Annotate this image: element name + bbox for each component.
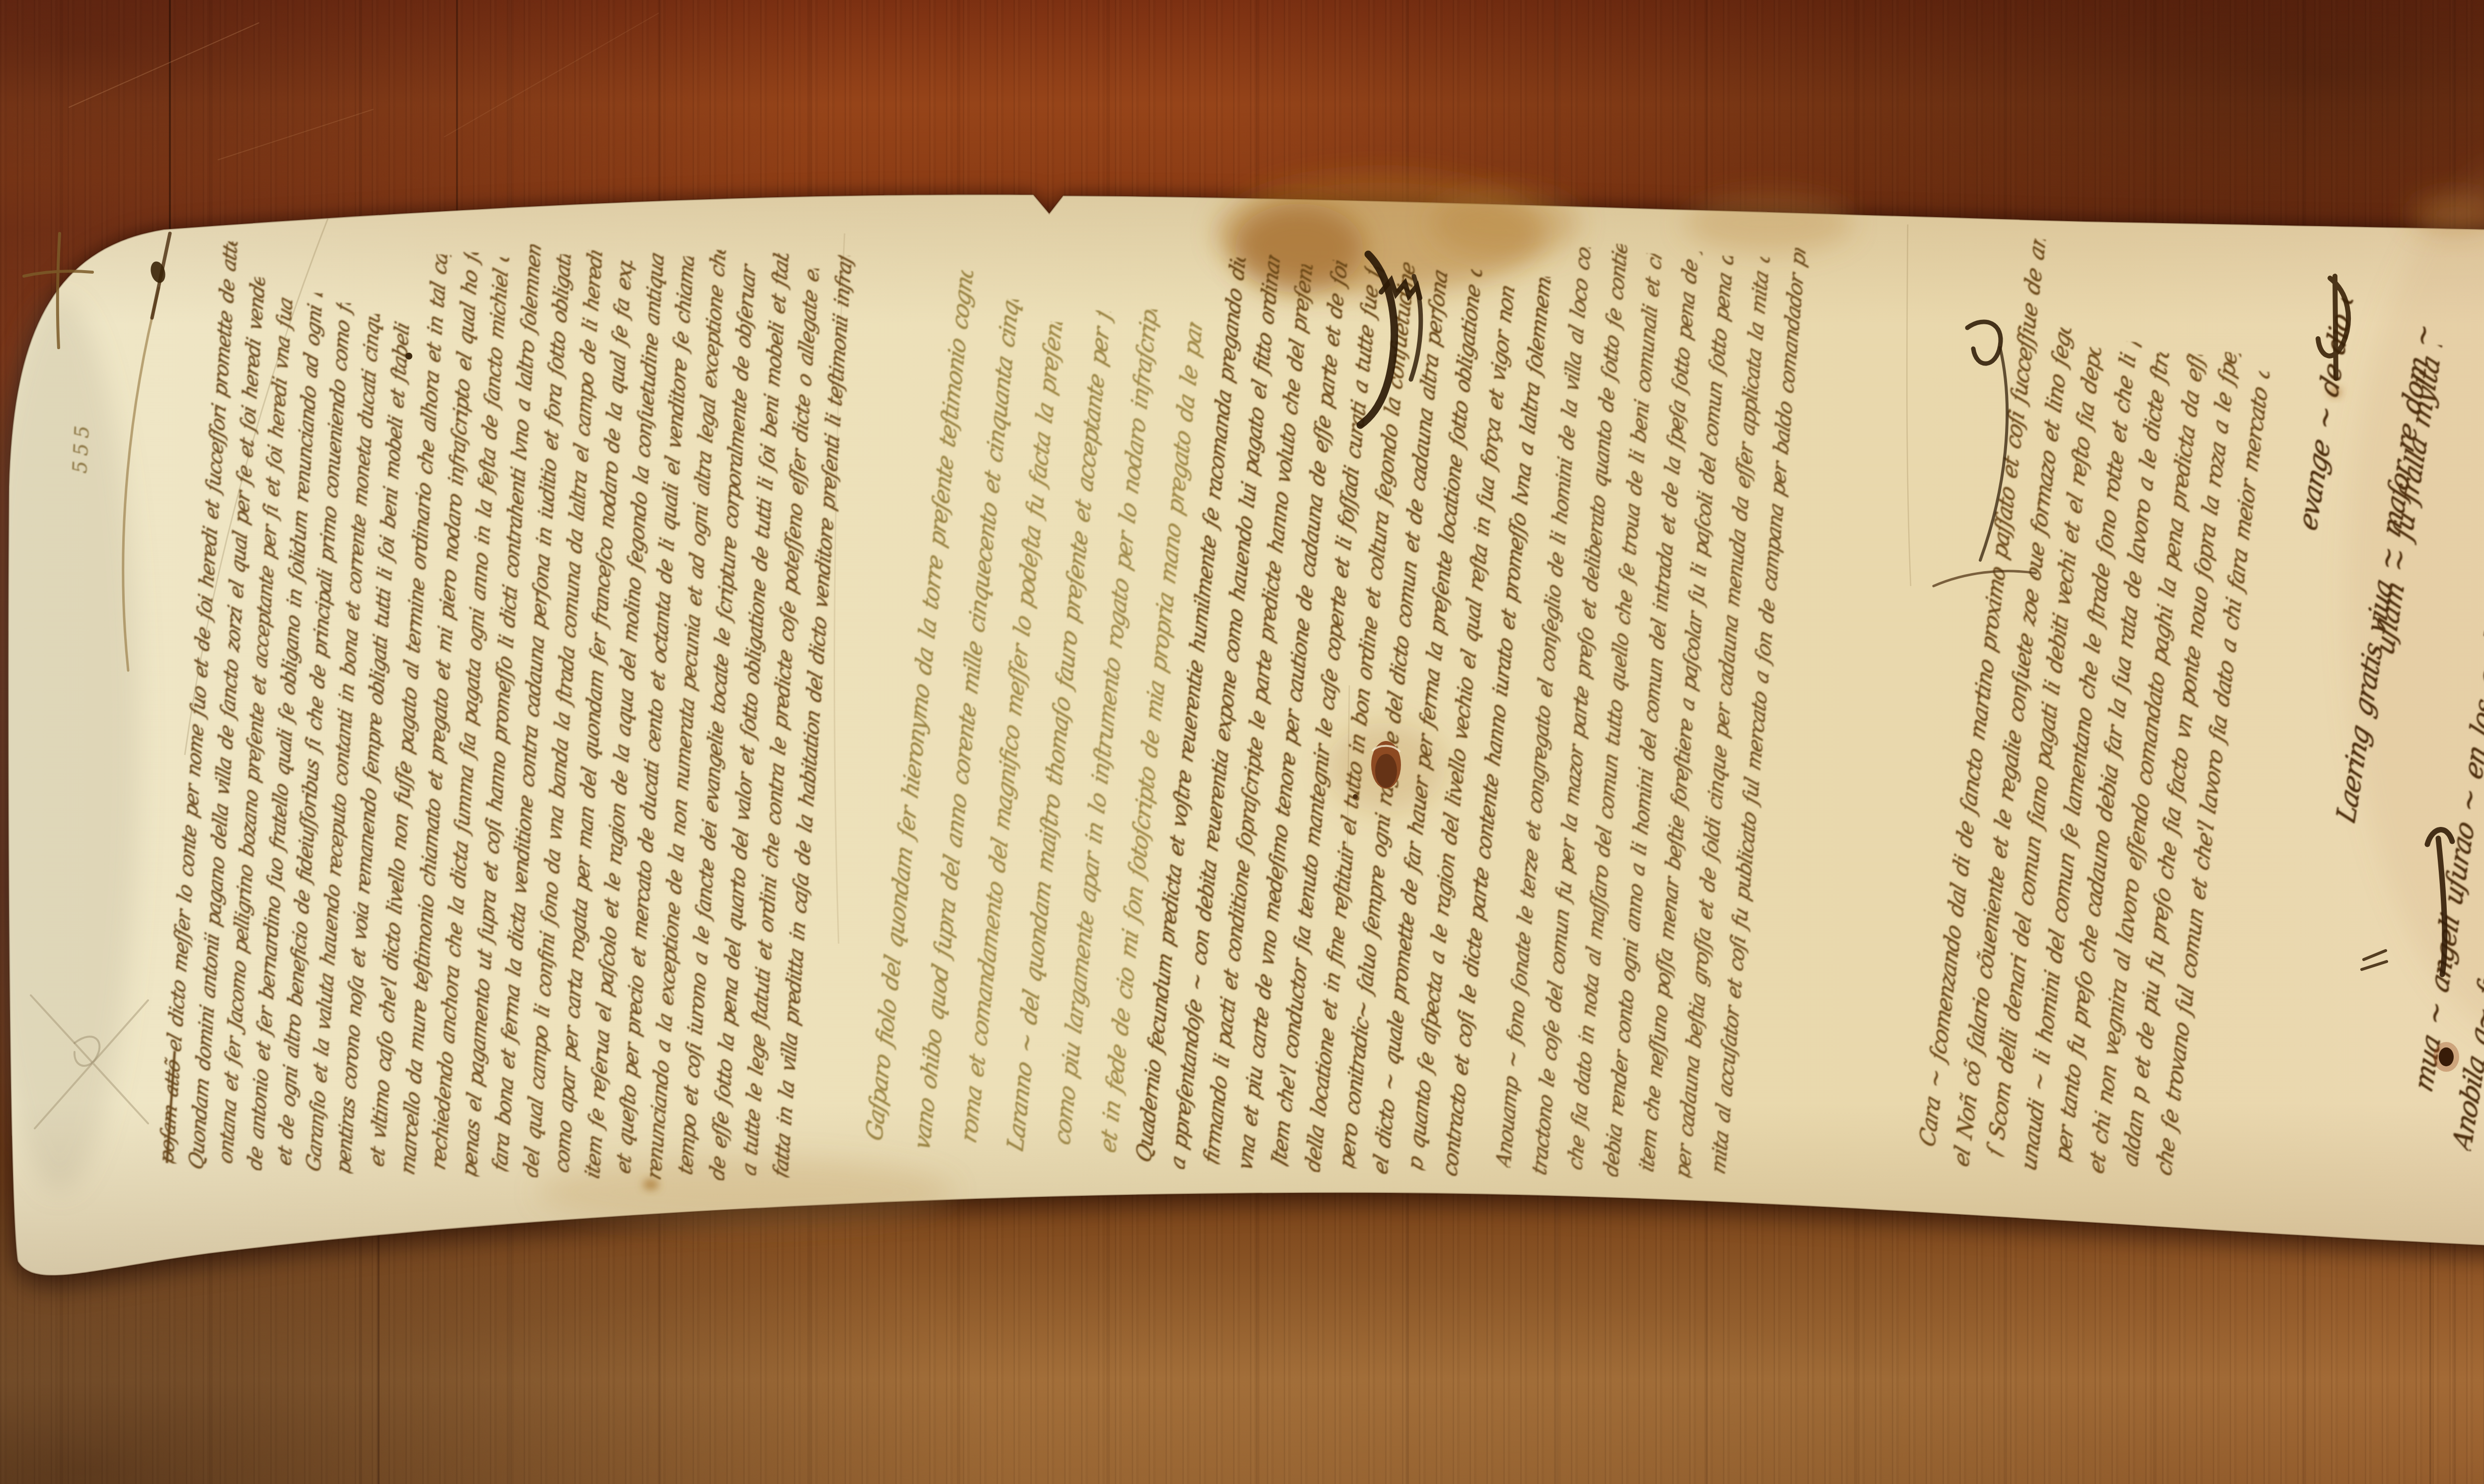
wormhole-shadow	[1375, 754, 1397, 788]
bold-descender-stroke	[2427, 830, 2452, 974]
marginal-flourish-line	[123, 288, 159, 670]
flourish-tail	[1980, 348, 2007, 560]
burn-spot-core	[2439, 1047, 2454, 1066]
pencil-cross-mark	[31, 995, 148, 1128]
pencil-loop-mark	[75, 1037, 99, 1066]
invocation-cross-mark	[24, 233, 92, 348]
underline-flourish	[1934, 571, 2036, 586]
bold-monogram-mark	[2318, 276, 2348, 378]
ink-marks-overlay	[0, 0, 2484, 1484]
photo-of-manuscript-on-table: poſam attõ el dicto meſſer lo conte per …	[0, 0, 2484, 1484]
ink-dot	[405, 353, 412, 360]
double-underline	[2362, 951, 2387, 969]
bold-capital-loop	[1967, 322, 2001, 364]
ink-dot	[1353, 794, 1358, 799]
